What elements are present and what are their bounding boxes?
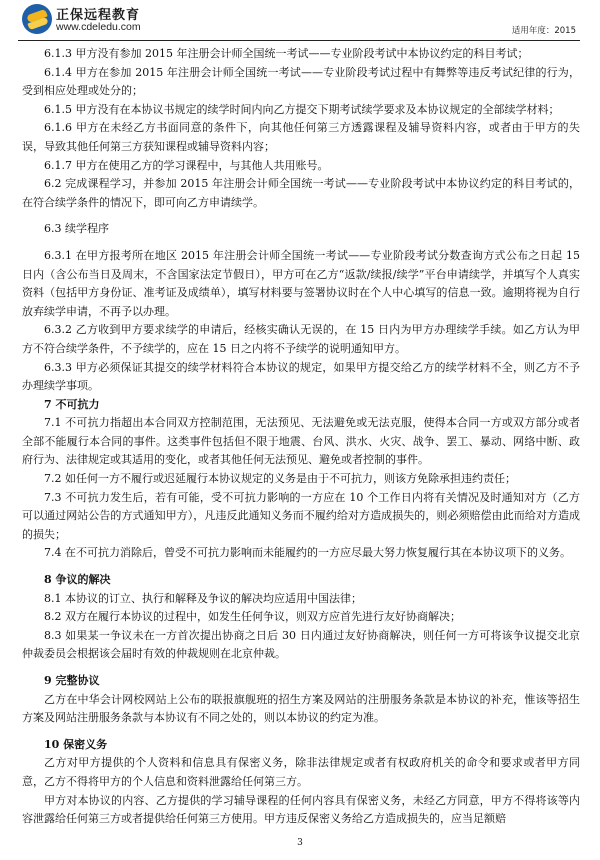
brand-url: www.cdeledu.com	[56, 21, 141, 33]
clause-6-1-3: 6.1.3 甲方没有参加 2015 年注册会计师全国统一考试——专业阶段考试中本…	[22, 45, 580, 64]
header-divider	[18, 40, 580, 41]
clause-7-3: 7.3 不可抗力发生后，若有可能，受不可抗力影响的一方应在 10 个工作日内将有…	[22, 489, 580, 545]
page-header: 正保远程教育 www.cdeledu.com 适用年度：2015	[0, 0, 600, 40]
clause-9-body: 乙方在中华会计网校网站上公布的联报旗舰班的招生方案及网站的注册服务条款是本协议的…	[22, 691, 580, 728]
section-heading-10: 10 保密义务	[22, 736, 580, 755]
clause-6-3-3: 6.3.3 甲方必须保证其提交的续学材料符合本协议的规定，如果甲方提交给乙方的续…	[22, 359, 580, 396]
section-heading-8: 8 争议的解决	[22, 571, 580, 590]
clause-6-2: 6.2 完成课程学习，并参加 2015 年注册会计师全国统一考试——专业阶段考试…	[22, 175, 580, 212]
logo-icon	[22, 4, 52, 34]
clause-6-1-7: 6.1.7 甲方在使用乙方的学习课程中，与其他人共用账号。	[22, 157, 580, 176]
clause-6-3-1: 6.3.1 在甲方报考所在地区 2015 年注册会计师全国统一考试——专业阶段考…	[22, 247, 580, 321]
page-number: 3	[0, 838, 600, 848]
clause-8-2: 8.2 双方在履行本协议的过程中，如发生任何争议，则双方应首先进行友好协商解决；	[22, 608, 580, 627]
clause-6-1-6: 6.1.6 甲方在未经乙方书面同意的条件下，向其他任何第三方透露课程及辅导资料内…	[22, 119, 580, 156]
clause-7-1: 7.1 不可抗力指超出本合同双方控制范围，无法预见、无法避免或无法克服，使得本合…	[22, 414, 580, 470]
clause-6-1-5: 6.1.5 甲方没有在本协议书规定的续学时间内向乙方提交下期考试续学要求及本协议…	[22, 101, 580, 120]
section-heading-6-3: 6.3 续学程序	[22, 220, 580, 239]
applicable-year: 适用年度：2015	[512, 24, 576, 36]
section-heading-9: 9 完整协议	[22, 672, 580, 691]
clause-8-3: 8.3 如果某一争议未在一方首次提出协商之日后 30 日内通过友好协商解决，则任…	[22, 627, 580, 664]
clause-7-2: 7.2 如任何一方不履行或迟延履行本协议规定的义务是由于不可抗力，则该方免除承担…	[22, 470, 580, 489]
document-body: 6.1.3 甲方没有参加 2015 年注册会计师全国统一考试——专业阶段考试中本…	[22, 45, 580, 829]
clause-6-3-2: 6.3.2 乙方收到甲方要求续学的申请后，经核实确认无误的，在 15 日内为甲方…	[22, 321, 580, 358]
clause-8-1: 8.1 本协议的订立、执行和解释及争议的解决均应适用中国法律；	[22, 590, 580, 609]
clause-6-1-4: 6.1.4 甲方在参加 2015 年注册会计师全国统一考试——专业阶段考试过程中…	[22, 64, 580, 101]
clause-7-4: 7.4 在不可抗力消除后，曾受不可抗力影响而未能履约的一方应尽最大努力恢复履行其…	[22, 544, 580, 563]
section-heading-7: 7 不可抗力	[22, 396, 580, 415]
clause-10-body-2: 甲方对本协议的内容、乙方提供的学习辅导课程的任何内容具有保密义务，未经乙方同意，…	[22, 792, 580, 829]
clause-10-body-1: 乙方对甲方提供的个人资料和信息具有保密义务，除非法律规定或者有权政府机关的命令和…	[22, 754, 580, 791]
